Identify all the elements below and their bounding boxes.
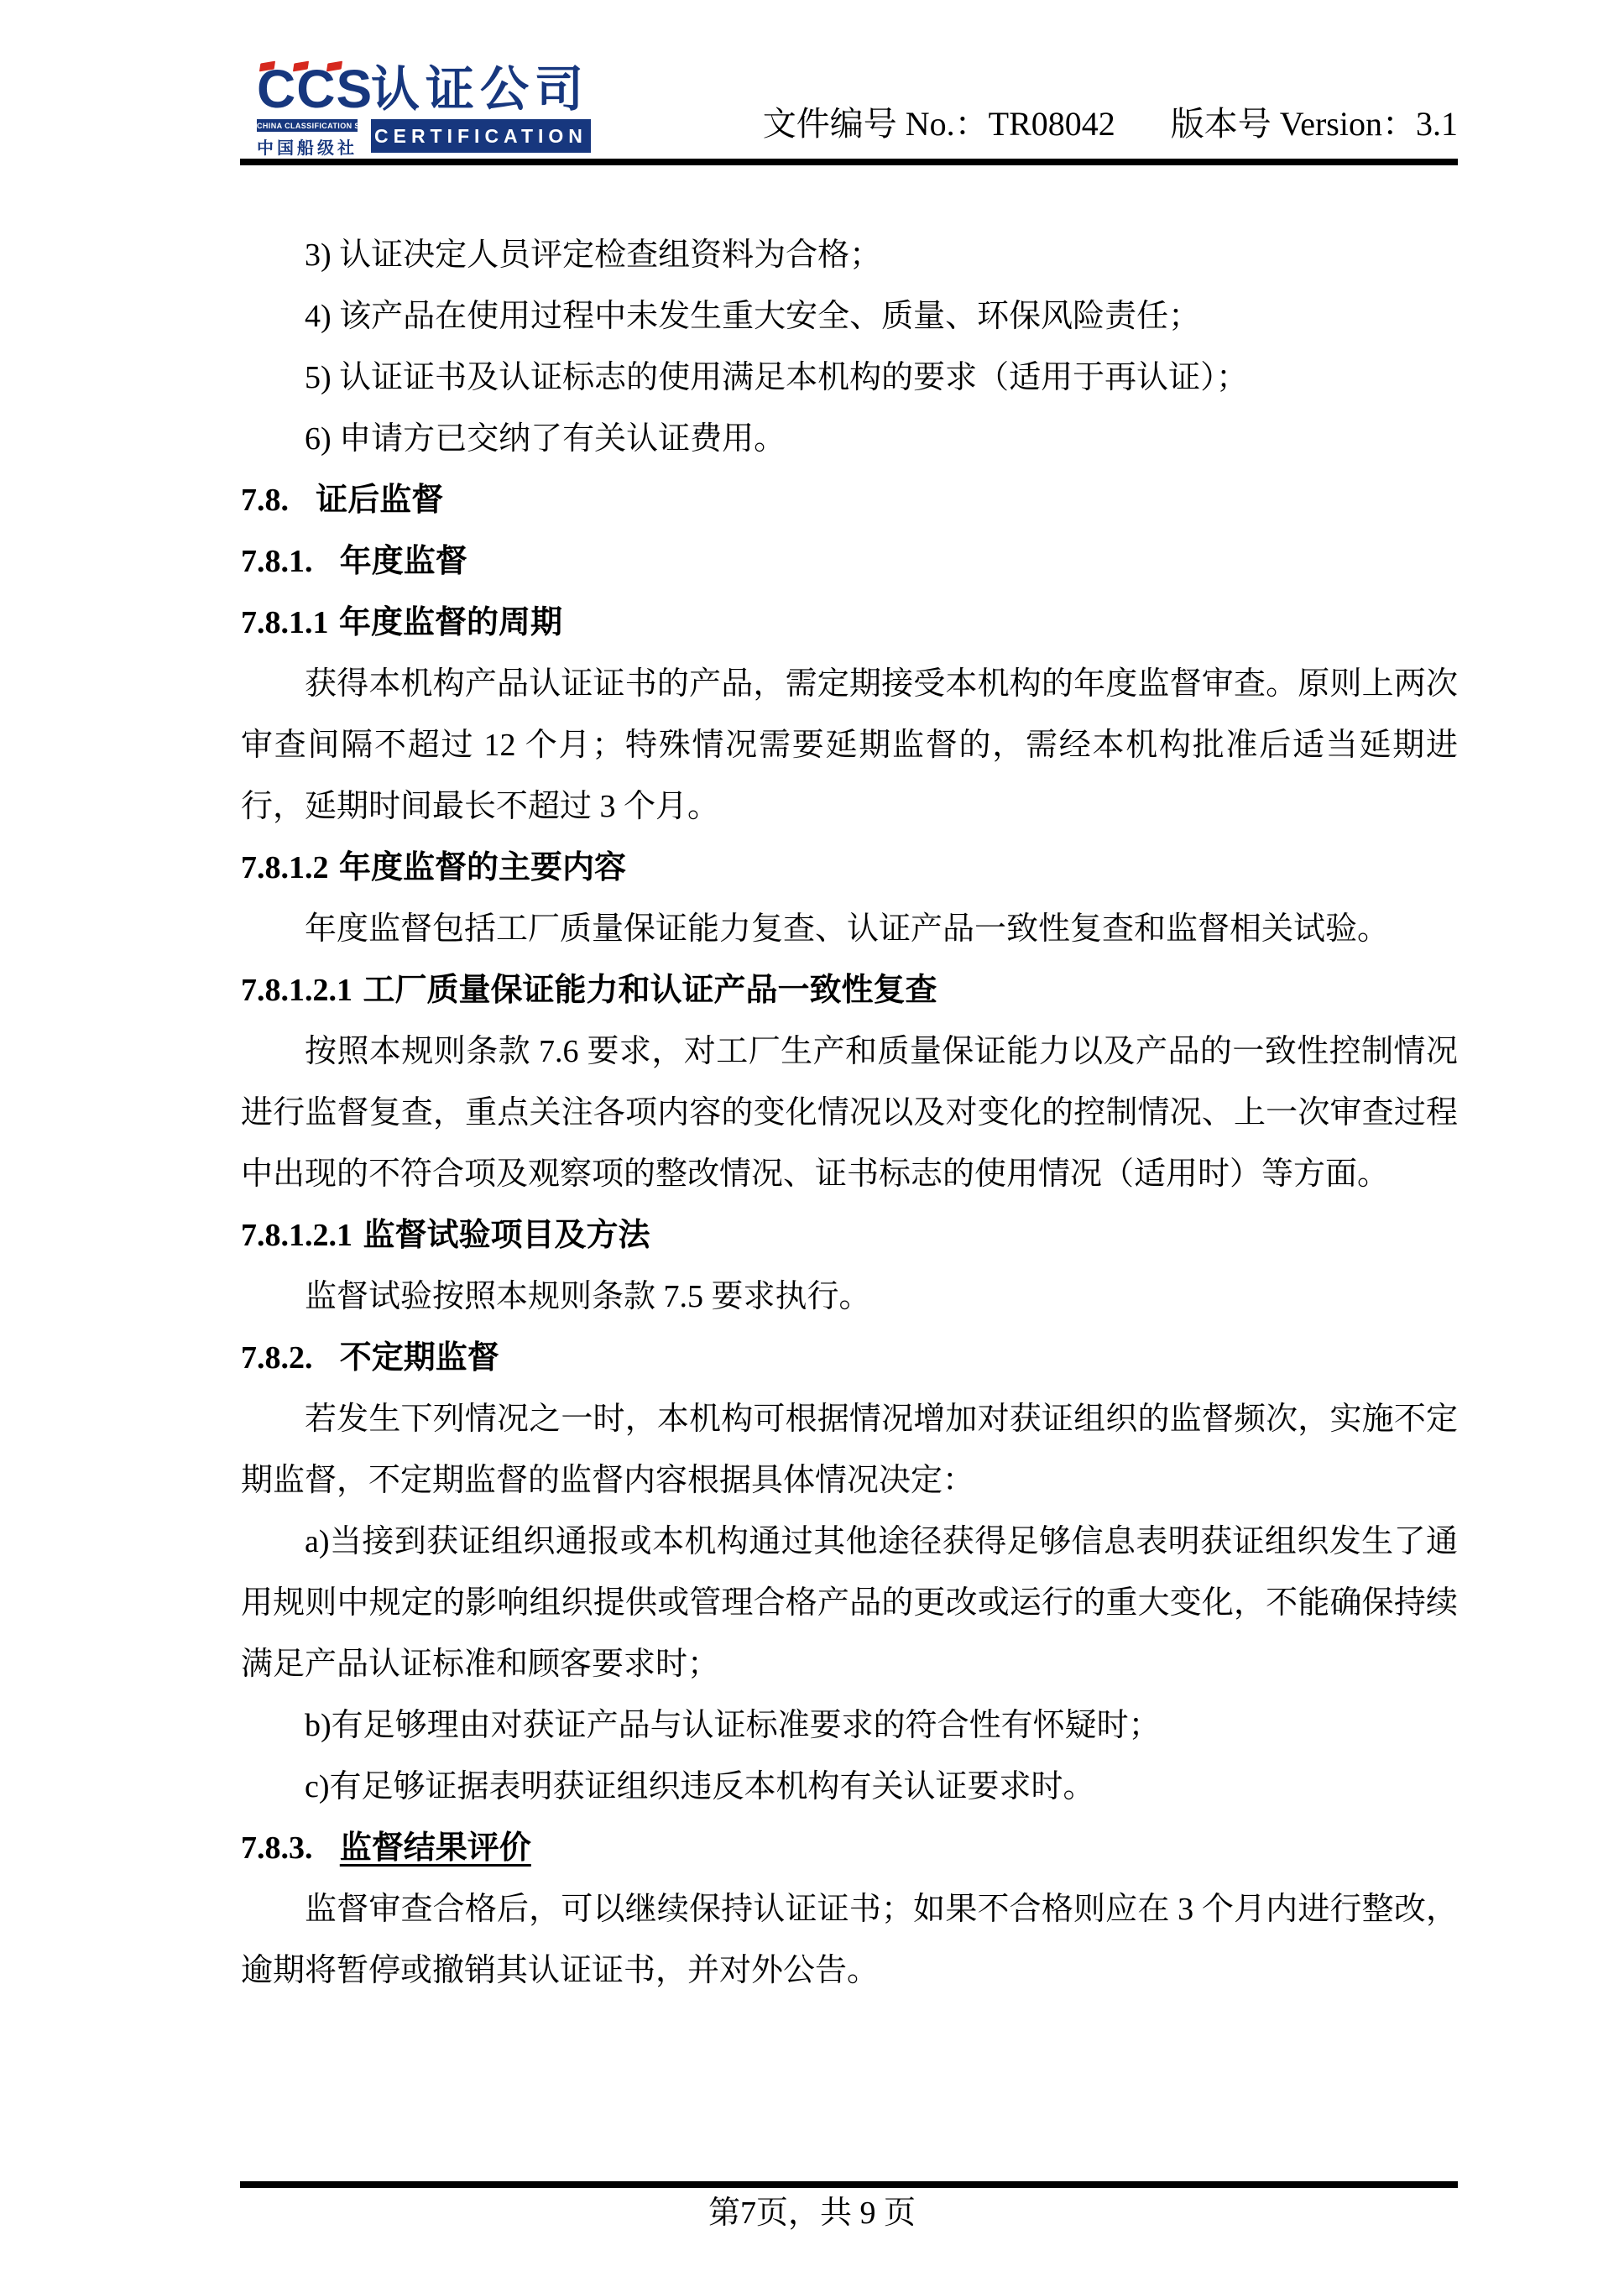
list-item-3: 3) 认证决定人员评定检查组资料为合格； bbox=[241, 225, 1458, 286]
heading-title: 证后监督 bbox=[316, 483, 443, 518]
list-item-6: 6) 申请方已交纳了有关认证费用。 bbox=[241, 409, 1458, 470]
section-heading-7-8-1-2-1-b: 7.8.1.2.1监督试验项目及方法 bbox=[241, 1205, 1458, 1266]
heading-title: 工厂质量保证能力和认证产品一致性复查 bbox=[363, 973, 937, 1008]
society-cn-label: 中国船级社 bbox=[257, 134, 358, 159]
heading-title: 年度监督的周期 bbox=[339, 605, 562, 640]
list-item-4: 4) 该产品在使用过程中未发生重大安全、质量、环保风险责任； bbox=[241, 286, 1458, 347]
heading-number: 7.8.2. bbox=[241, 1328, 313, 1389]
section-heading-7-8-2: 7.8.2.不定期监督 bbox=[241, 1328, 1458, 1389]
section-heading-7-8-1-1: 7.8.1.1年度监督的周期 bbox=[241, 593, 1458, 654]
ccs-logo: CCS CHINA CLASSIFICATION SOCIETY 中国船级社 认… bbox=[257, 64, 591, 159]
heading-title: 不定期监督 bbox=[340, 1340, 499, 1376]
document-body: 3) 认证决定人员评定检查组资料为合格； 4) 该产品在使用过程中未发生重大安全… bbox=[241, 225, 1458, 2002]
list-item-5: 5) 认证证书及认证标志的使用满足本机构的要求（适用于再认证）； bbox=[241, 347, 1458, 409]
paragraph-7-8-1-2-1-b: 监督试验按照本规则条款 7.5 要求执行。 bbox=[241, 1266, 1458, 1328]
heading-title: 年度监督的主要内容 bbox=[339, 850, 626, 885]
paragraph-7-8-1-2-1-a: 按照本规则条款 7.6 要求，对工厂生产和质量保证能力以及产品的一致性控制情况进… bbox=[241, 1021, 1458, 1205]
ccs-logo-right: 认证公司 CERTIFICATION bbox=[371, 64, 591, 153]
heading-number: 7.8.1.1 bbox=[241, 593, 329, 654]
certification-banner: CERTIFICATION bbox=[371, 119, 591, 153]
paragraph-7-8-1-2: 年度监督包括工厂质量保证能力复查、认证产品一致性复查和监督相关试验。 bbox=[241, 899, 1458, 960]
doc-version: 版本号 Version：3.1 bbox=[1171, 105, 1458, 143]
document-meta: 文件编号 No.：TR08042版本号 Version：3.1 bbox=[763, 97, 1458, 145]
page-number: 第7页，共 9 页 bbox=[0, 2192, 1624, 2234]
section-heading-7-8: 7.8.证后监督 bbox=[241, 470, 1458, 531]
section-heading-7-8-1-2: 7.8.1.2年度监督的主要内容 bbox=[241, 838, 1458, 899]
paragraph-7-8-2-b: b)有足够理由对获证产品与认证标准要求的符合性有怀疑时； bbox=[241, 1695, 1458, 1757]
company-cn-label: 认证公司 bbox=[371, 64, 591, 116]
society-en-banner: CHINA CLASSIFICATION SOCIETY bbox=[257, 119, 358, 132]
paragraph-7-8-2: 若发生下列情况之一时，本机构可根据情况增加对获证组织的监督频次，实施不定期监督，… bbox=[241, 1389, 1458, 1512]
section-heading-7-8-1: 7.8.1.年度监督 bbox=[241, 531, 1458, 593]
heading-number: 7.8. bbox=[241, 470, 289, 531]
heading-number: 7.8.1.2 bbox=[241, 838, 329, 899]
heading-number: 7.8.1.2.1 bbox=[241, 960, 352, 1021]
heading-number: 7.8.1.2.1 bbox=[241, 1205, 352, 1266]
document-page: CCS CHINA CLASSIFICATION SOCIETY 中国船级社 认… bbox=[0, 0, 1624, 2287]
paragraph-7-8-1-1: 获得本机构产品认证证书的产品，需定期接受本机构的年度监督审查。原则上两次审查间隔… bbox=[241, 654, 1458, 838]
heading-number: 7.8.3. bbox=[241, 1818, 313, 1879]
paragraph-7-8-3: 监督审查合格后，可以继续保持认证证书；如果不合格则应在 3 个月内进行整改，逾期… bbox=[241, 1879, 1458, 2002]
heading-title: 监督试验项目及方法 bbox=[363, 1218, 650, 1253]
paragraph-7-8-2-c: c)有足够证据表明获证组织违反本机构有关认证要求时。 bbox=[241, 1757, 1458, 1818]
heading-title: 年度监督 bbox=[340, 544, 467, 579]
ccs-mark: CCS bbox=[257, 64, 358, 117]
ccs-logo-left: CCS CHINA CLASSIFICATION SOCIETY 中国船级社 bbox=[257, 64, 358, 159]
ccs-letters: CCS bbox=[257, 64, 373, 114]
heading-title-underlined: 监督结果评价 bbox=[340, 1830, 531, 1866]
section-heading-7-8-3: 7.8.3.监督结果评价 bbox=[241, 1818, 1458, 1879]
doc-number: 文件编号 No.：TR08042 bbox=[763, 105, 1115, 143]
paragraph-7-8-2-a: a)当接到获证组织通报或本机构通过其他途径获得足够信息表明获证组织发生了通用规则… bbox=[241, 1512, 1458, 1695]
heading-number: 7.8.1. bbox=[241, 531, 313, 593]
footer-divider bbox=[240, 2181, 1458, 2188]
section-heading-7-8-1-2-1-a: 7.8.1.2.1工厂质量保证能力和认证产品一致性复查 bbox=[241, 960, 1458, 1021]
header-divider bbox=[240, 159, 1458, 165]
